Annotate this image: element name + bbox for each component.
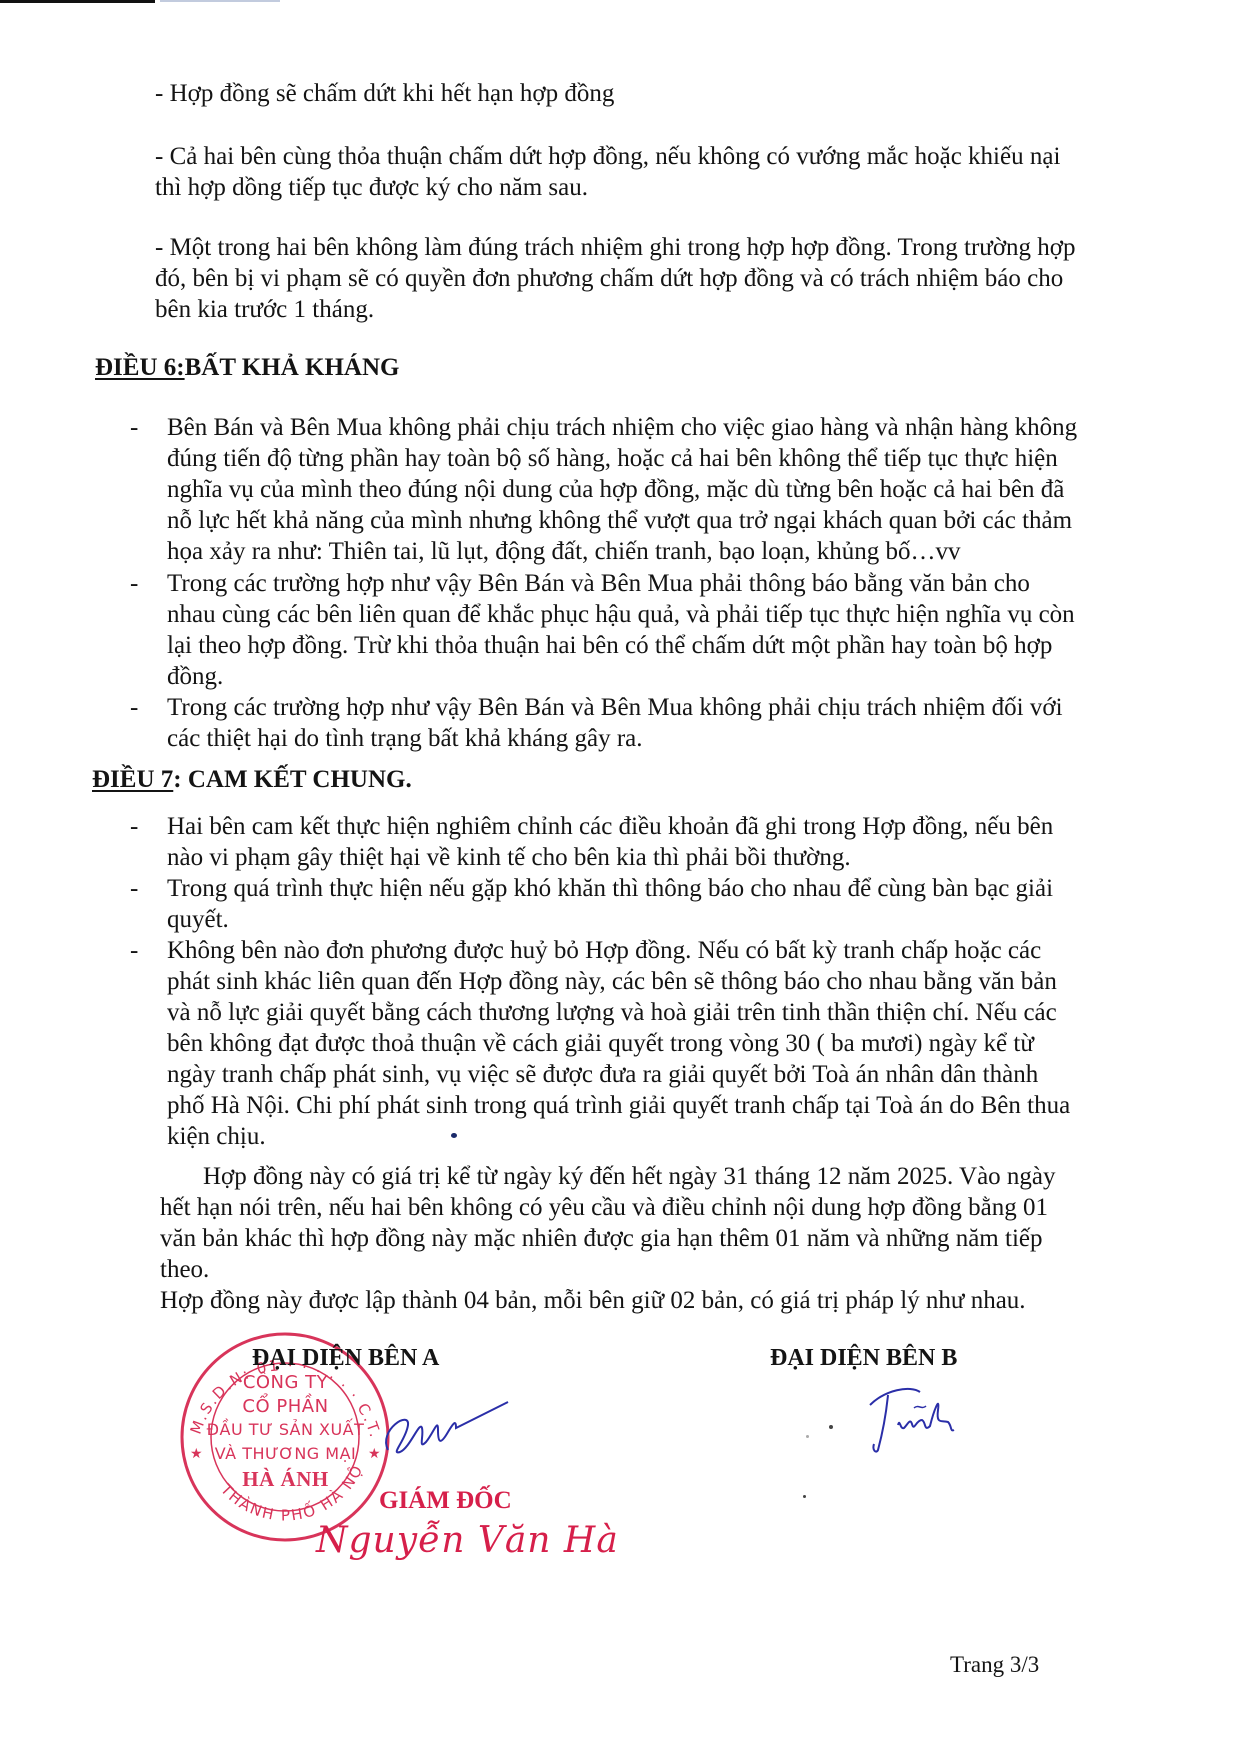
article-7-heading: ĐIỀU 7: CAM KẾT CHUNG. [92, 764, 412, 795]
contract-page: - Hợp đồng sẽ chấm dứt khi hết hạn hợp đ… [0, 0, 1240, 1754]
party-b-title: ĐẠI DIỆN BÊN B [770, 1345, 957, 1372]
scan-artifact [0, 0, 155, 3]
termination-clause-1: - Hợp đồng sẽ chấm dứt khi hết hạn hợp đ… [155, 78, 1155, 109]
copies-paragraph: Hợp đồng này được lập thành 04 bản, mỗi … [160, 1285, 1160, 1316]
director-name: Nguyễn Văn Hà [316, 1520, 619, 1561]
party-a-title: ĐẠI DIỆN BÊN A [252, 1345, 439, 1372]
scan-speck [451, 1133, 457, 1138]
scan-speck [803, 1495, 806, 1498]
validity-paragraph: Hợp đồng này có giá trị kể từ ngày ký đế… [160, 1161, 1160, 1285]
director-title: GIÁM ĐỐC [379, 1487, 512, 1515]
article-6-heading: ĐIỀU 6:BẤT KHẢ KHÁNG [95, 352, 399, 383]
scan-artifact [160, 0, 280, 2]
party-b-signature-icon [850, 1380, 970, 1455]
party-a-signature-icon [380, 1380, 510, 1470]
termination-clause-2: - Cả hai bên cùng thỏa thuận chấm dứt hợ… [155, 141, 1155, 203]
termination-clause-3: - Một trong hai bên không làm đúng trách… [155, 232, 1155, 325]
scan-speck [829, 1425, 833, 1429]
scan-speck [806, 1435, 809, 1438]
page-number: Trang 3/3 [950, 1652, 1039, 1678]
